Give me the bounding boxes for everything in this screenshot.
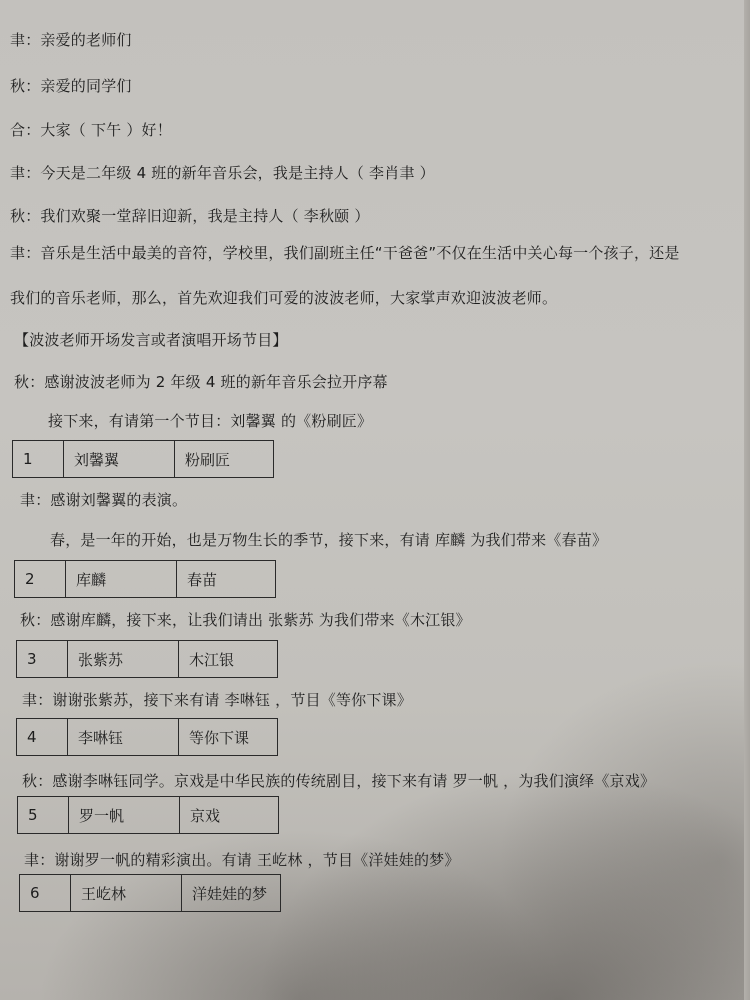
program-number: 5 (18, 797, 69, 834)
line-greeting-students: 秋：亲爱的同学们 (10, 76, 132, 96)
program-table-3: 3 张紫苏 木江银 (16, 640, 278, 678)
program-number: 6 (20, 875, 71, 912)
program-table-1: 1 刘馨翼 粉刷匠 (12, 440, 274, 478)
line-greeting-all: 合：大家（ 下午 ）好！ (10, 120, 172, 140)
program-table-4: 4 李啉钰 等你下课 (16, 718, 278, 756)
line-intro-5: 秋：感谢李啉钰同学。京戏是中华民族的传统剧目，接下来有请 罗一帆 ，为我们演绎《… (22, 771, 655, 791)
line-opening-note: 【波波老师开场发言或者演唱开场节目】 (14, 330, 288, 350)
program-performer: 库麟 (66, 561, 177, 598)
program-performer: 刘馨翼 (64, 441, 175, 478)
line-intro-6: 聿：谢谢罗一帆的精彩演出。有请 王屹林 ，节目《洋娃娃的梦》 (24, 850, 460, 870)
program-table-6: 6 王屹林 洋娃娃的梦 (19, 874, 281, 912)
line-thanks-1: 聿：感谢刘馨翼的表演。 (20, 490, 187, 510)
program-performer: 李啉钰 (68, 719, 179, 756)
line-host-intro-2: 秋：我们欢聚一堂辞旧迎新，我是主持人（ 李秋颐 ） (10, 206, 370, 226)
line-intro-2: 春，是一年的开始，也是万物生长的季节，接下来，有请 库麟 为我们带来《春苗》 (50, 530, 607, 550)
line-intro-4: 聿：谢谢张紫苏，接下来有请 李啉钰 ，节目《等你下课》 (22, 690, 412, 710)
program-piece: 春苗 (177, 561, 276, 598)
program-performer: 罗一帆 (69, 797, 180, 834)
program-number: 4 (17, 719, 68, 756)
program-piece: 洋娃娃的梦 (182, 875, 281, 912)
program-number: 1 (13, 441, 64, 478)
program-performer: 王屹林 (71, 875, 182, 912)
line-intro-3: 秋：感谢库麟，接下来，让我们请出 张紫苏 为我们带来《木江银》 (20, 610, 471, 630)
line-thanks-teacher: 秋：感谢波波老师为 2 年级 4 班的新年音乐会拉开序幕 (14, 372, 388, 392)
program-piece: 等你下课 (179, 719, 278, 756)
line-host-intro-1: 聿：今天是二年级 4 班的新年音乐会，我是主持人（ 李肖聿 ） (10, 163, 435, 183)
program-piece: 木江银 (179, 641, 278, 678)
line-greeting-teachers: 聿：亲爱的老师们 (10, 30, 132, 50)
program-piece: 粉刷匠 (175, 441, 274, 478)
program-number: 2 (15, 561, 66, 598)
page-edge (744, 0, 750, 1000)
program-performer: 张紫苏 (68, 641, 179, 678)
program-table-5: 5 罗一帆 京戏 (17, 796, 279, 834)
line-music-teacher-1: 聿：音乐是生活中最美的音符，学校里，我们副班主任“干爸爸”不仅在生活中关心每一个… (10, 243, 680, 263)
program-number: 3 (17, 641, 68, 678)
program-piece: 京戏 (180, 797, 279, 834)
line-first-program: 接下来，有请第一个节目：刘馨翼 的《粉刷匠》 (48, 411, 372, 431)
program-table-2: 2 库麟 春苗 (14, 560, 276, 598)
line-music-teacher-2: 我们的音乐老师，那么，首先欢迎我们可爱的波波老师，大家掌声欢迎波波老师。 (10, 288, 557, 308)
